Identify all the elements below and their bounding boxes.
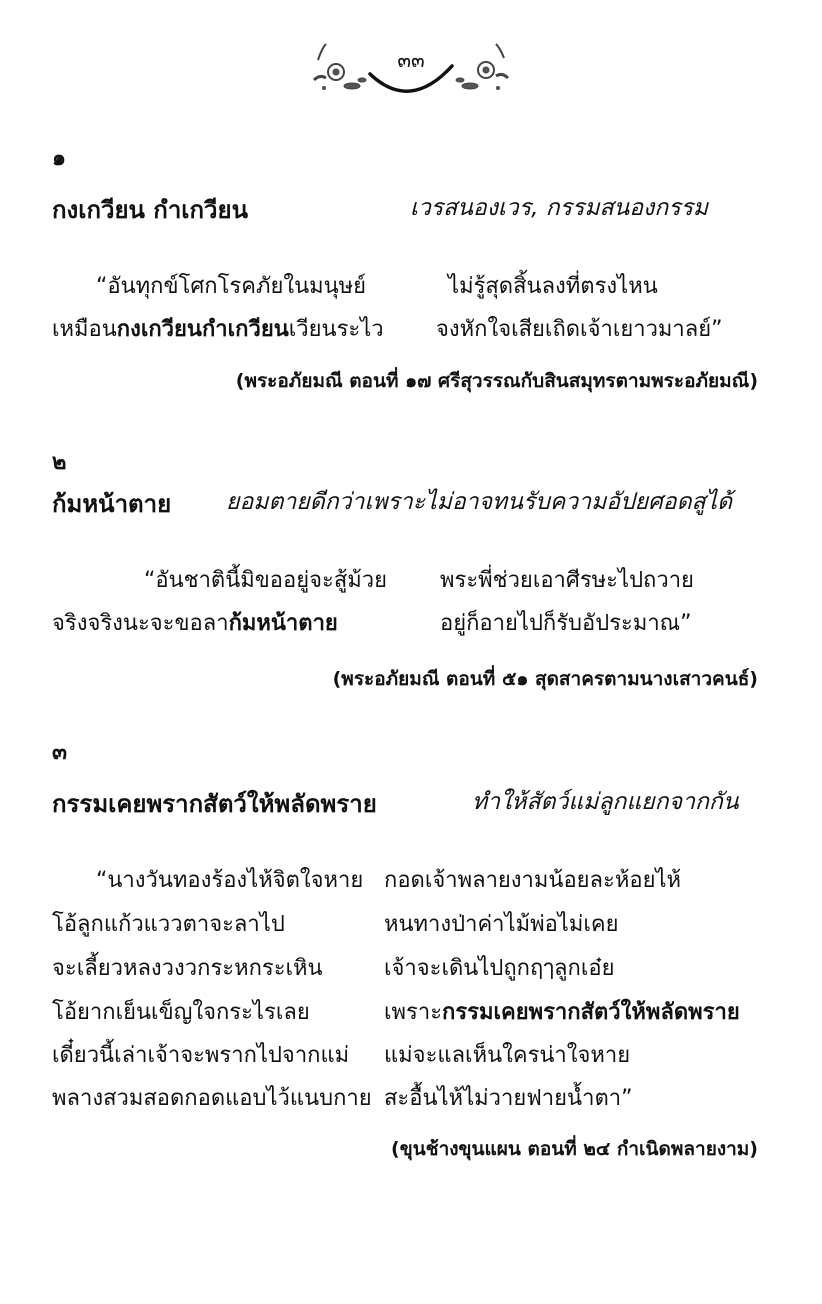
page-number: ๓๓ (386, 44, 436, 76)
entry-number: ๑ (52, 140, 66, 175)
verse-line-left: พลางสวมสอดกอดแอบไว้แนบกาย (52, 1080, 372, 1115)
entry-number: ๒ (52, 444, 67, 479)
citation: (พระอภัยมณี ตอนที่ ๑๗ ศรีสุวรรณกับสินสมุ… (236, 366, 758, 396)
verse-line-right: แม่จะแลเห็นใครน่าใจหาย (384, 1037, 630, 1072)
verse-line-right: อยู่ก็อายไปก็รับอัประมาณ” (440, 605, 692, 640)
verse-text: เหมือน (52, 317, 117, 342)
verse-line-right: เพราะกรรมเคยพรากสัตว์ให้พลัดพราย (384, 994, 740, 1029)
entry-meaning: เวรสนองเวร, กรรมสนองกรรม (410, 190, 708, 226)
citation: (ขุนช้างขุนแผน ตอนที่ ๒๔ กำเนิดพลายงาม) (391, 1134, 758, 1164)
verse-line-left: จริงจริงนะจะขอลาก้มหน้าตาย (52, 605, 338, 640)
entry-number: ๓ (52, 734, 67, 769)
verse-line-left: โอ้ยากเย็นเข็ญใจกระไรเลย (52, 994, 310, 1029)
verse-text: เพราะ (384, 1000, 442, 1025)
verse-highlight: กงเกวียนกำเกวียน (117, 317, 289, 342)
verse-line-right: หนทางป่าค่าไม้พ่อไม่เคย (384, 906, 619, 941)
verse-line-left: “อันชาตินี้มิขออยู่จะสู้ม้วย (144, 562, 387, 597)
verse-line-right: ไม่รู้สุดสิ้นลงที่ตรงไหน (448, 268, 658, 303)
entry-meaning: ยอมตายดีกว่าเพราะไม่อาจทนรับความอัปยศอดส… (226, 484, 732, 520)
verse-line-left: เหมือนกงเกวียนกำเกวียนเวียนระไว (52, 311, 384, 346)
verse-text: เวียนระไว (289, 317, 384, 342)
verse-highlight: กรรมเคยพรากสัตว์ให้พลัดพราย (442, 1000, 740, 1025)
verse-line-right: กอดเจ้าพลายงามน้อยละห้อยไห้ (384, 862, 681, 897)
verse-highlight: ก้มหน้าตาย (229, 611, 338, 636)
entry-term: กงเกวียน กำเกวียน (52, 190, 248, 229)
verse-line-right: เจ้าจะเดินไปถูกฤๅลูกเอ๋ย (384, 950, 614, 985)
verse-line-left: โอ้ลูกแก้วแววตาจะลาไป (52, 906, 285, 941)
entry-meaning: ทำให้สัตว์แม่ลูกแยกจากกัน (472, 784, 739, 820)
verse-line-left: จะเลี้ยวหลงวงวกระหกระเหิน (52, 950, 323, 985)
verse-line-left: “อันทุกข์โศกโรคภัยในมนุษย์ (96, 268, 366, 303)
entry-term: ก้มหน้าตาย (52, 484, 171, 523)
verse-line-right: สะอื้นไห้ไม่วายฟายน้ำตา” (384, 1080, 632, 1115)
verse-line-left: เดี๋ยวนี้เล่าเจ้าจะพรากไปจากแม่ (52, 1037, 349, 1072)
verse-line-right: พระพี่ช่วยเอาศีรษะไปถวาย (440, 562, 694, 597)
verse-text: จริงจริงนะจะขอลา (52, 611, 229, 636)
verse-line-right: จงหักใจเสียเถิดเจ้าเยาวมาลย์” (436, 311, 723, 346)
entry-term: กรรมเคยพรากสัตว์ให้พลัดพราย (52, 784, 377, 823)
verse-line-left: “นางวันทองร้องไห้จิตใจหาย (96, 862, 363, 897)
citation: (พระอภัยมณี ตอนที่ ๕๑ สุดสาครตามนางเสาวค… (333, 664, 758, 694)
